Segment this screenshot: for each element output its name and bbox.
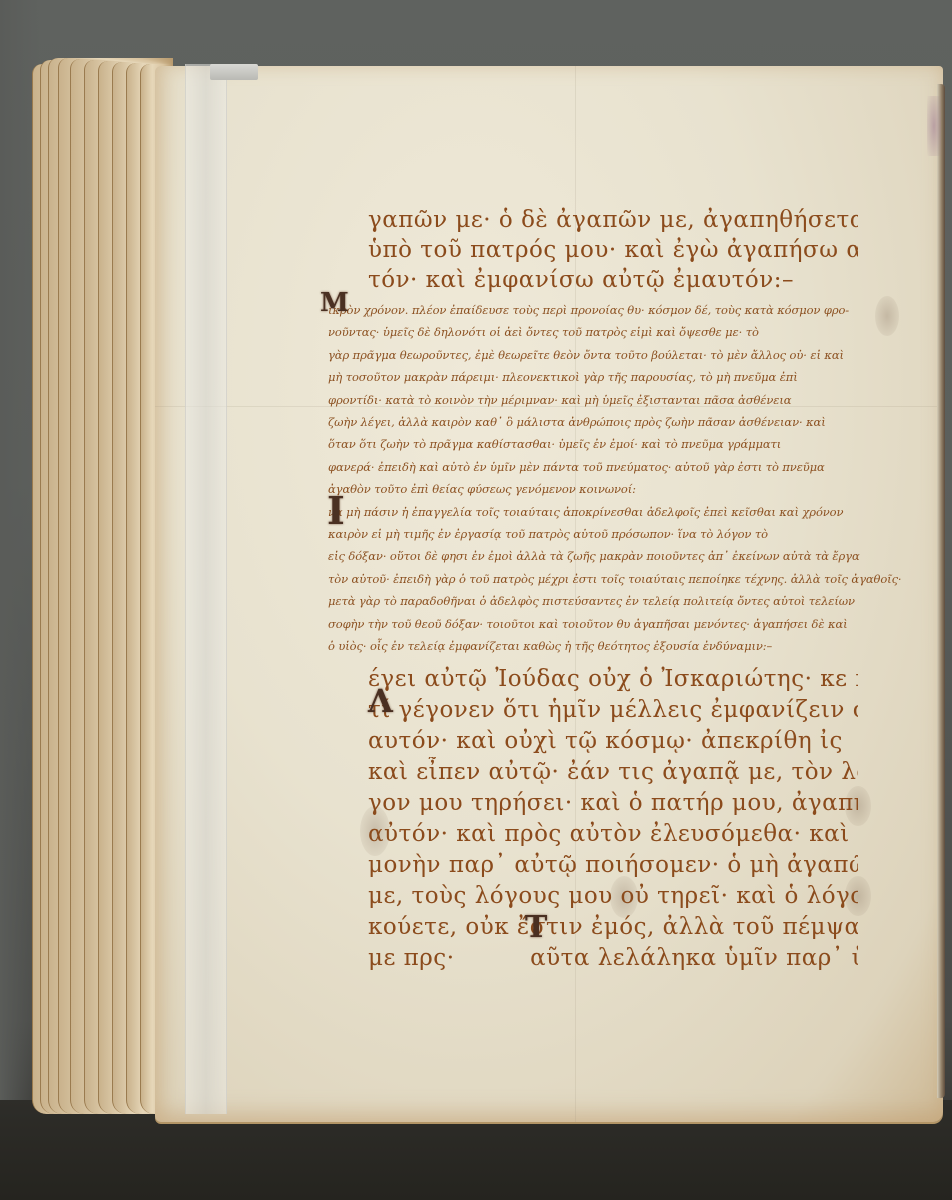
text-line: ὑπὸ τοῦ πατρός μου· καὶ ἐγὼ ἀγαπήσω αὐ- — [368, 235, 858, 265]
text-line: με, τοὺς λόγους μου οὐ τηρεῖ· καὶ ὁ λόγο… — [368, 881, 858, 912]
text-line: μὴ τοσοῦτον μακρὰν πάρειμι· πλεονεκτικοὶ… — [328, 366, 906, 388]
text-line: τί γέγονεν ὅτι ἡμῖν μέλλεις ἐμφανίζειν σ… — [368, 695, 858, 726]
text-line: ικρὸν χρόνον. πλέον ἐπαίδευσε τοὺς περὶ … — [328, 299, 906, 321]
page-right-edge — [937, 84, 945, 1098]
text-line: μονὴν παρ᾽ αὐτῷ ποιήσομεν· ὁ μὴ ἀγαπῶν — [368, 850, 858, 881]
text-segment: με πρς· — [368, 945, 455, 971]
text-line: εἰς δόξαν· οὕτοι δὲ φησι ἐν ἐμοὶ ἀλλὰ τὰ… — [328, 545, 906, 567]
stain — [927, 96, 941, 156]
text-segment: αῦτα λελάληκα ὑμῖν παρ᾽ ὑ- — [530, 945, 858, 971]
initial-letter-tau: Τ — [525, 910, 547, 945]
text-line: μετὰ γὰρ τὸ παραδοθῆναι ὁ ἀδελφὸς πιστεύ… — [328, 590, 906, 612]
text-line: τόν· καὶ ἐμφανίσω αὐτῷ ἐμαυτόν:– — [368, 265, 858, 295]
text-line: φροντίδι· κατὰ τὸ κοινὸν τὴν μέριμναν· κ… — [328, 389, 906, 411]
text-line: φανερά· ἐπειδὴ καὶ αὐτὸ ἐν ὑμῖν μὲν πάντ… — [328, 456, 906, 478]
commentary-block-1: ικρὸν χρόνον. πλέον ἐπαίδευσε τοὺς περὶ … — [328, 299, 906, 501]
text-line: έγει αὐτῷ Ἰούδας οὐχ ὁ Ἰσκαριώτης· κε κα… — [368, 664, 858, 695]
text-line: αὐτόν· καὶ πρὸς αὐτὸν ἐλευσόμεθα· καὶ — [368, 819, 858, 850]
text-line: με πρς· αῦτα λελάληκα ὑμῖν παρ᾽ ὑ- — [368, 943, 858, 974]
text-line: γὰρ πρᾶγμα θεωροῦντες, ἐμὲ θεωρεῖτε θεὸν… — [328, 344, 906, 366]
text-line: καὶ εἶπεν αὐτῷ· ἐάν τις ἀγαπᾷ με, τὸν λό… — [368, 757, 858, 788]
text-line: ἀγαθὸν τοῦτο ἐπὶ θείας φύσεως γενόμενον … — [328, 478, 906, 500]
text-line: σοφὴν τὴν τοῦ θεοῦ δόξαν· τοιοῦτοι καὶ τ… — [328, 613, 906, 635]
text-line: γαπῶν με· ὁ δὲ ἀγαπῶν με, ἀγαπηθήσεται — [368, 205, 858, 235]
initial-letter-lambda: Λ — [368, 682, 393, 720]
text-line: καιρὸν εἰ μὴ τιμῆς ἐν ἐργασίᾳ τοῦ πατρὸς… — [328, 523, 906, 545]
page-edges-stack — [32, 64, 172, 1114]
scripture-block-1: γαπῶν με· ὁ δὲ ἀγαπῶν με, ἀγαπηθήσεται ὑ… — [368, 205, 858, 295]
initial-letter-mu: Μ — [320, 288, 349, 318]
text-line: ὅταν ὅτι ζωὴν τὸ πρᾶγμα καθίστασθαι· ὑμε… — [328, 433, 906, 455]
tape-tab — [210, 64, 258, 80]
text-line: ὁ υἱὸς· οἷς ἐν τελείᾳ ἐμφανίζεται καθὼς … — [328, 635, 906, 657]
photograph-scene: γαπῶν με· ὁ δὲ ἀγαπῶν με, ἀγαπηθήσεται ὑ… — [0, 0, 952, 1200]
text-line: γον μου τηρήσει· καὶ ὁ πατήρ μου, ἀγαπήσ… — [368, 788, 858, 819]
conservation-tape-strip — [185, 64, 227, 1114]
initial-letter-iota: Ι — [327, 488, 345, 533]
text-line: να μὴ πάσιν ἡ ἐπαγγελία τοῖς τοιαύταις ἀ… — [328, 501, 906, 523]
commentary-block-2: να μὴ πάσιν ἡ ἐπαγγελία τοῖς τοιαύταις ἀ… — [328, 501, 906, 658]
text-line: κούετε, οὐκ ἔστιν ἐμός, ἀλλὰ τοῦ πέμψαντ… — [368, 912, 858, 943]
text-line: νοῦντας· ὑμεῖς δὲ δηλονότι οἱ ἀεὶ ὄντες … — [328, 321, 906, 343]
scripture-block-2: έγει αὐτῷ Ἰούδας οὐχ ὁ Ἰσκαριώτης· κε κα… — [368, 664, 858, 974]
text-line: τὸν αὐτοῦ· ἐπειδὴ γὰρ ὁ τοῦ πατρὸς μέχρι… — [328, 568, 906, 590]
text-line: αυτόν· καὶ οὐχὶ τῷ κόσμῳ· ἀπεκρίθη ἰς — [368, 726, 858, 757]
manuscript-text: γαπῶν με· ὁ δὲ ἀγαπῶν με, ἀγαπηθήσεται ὑ… — [316, 205, 906, 974]
text-line: ζωὴν λέγει, ἀλλὰ καιρὸν καθ᾽ ὃ μάλιστα ἀ… — [328, 411, 906, 433]
